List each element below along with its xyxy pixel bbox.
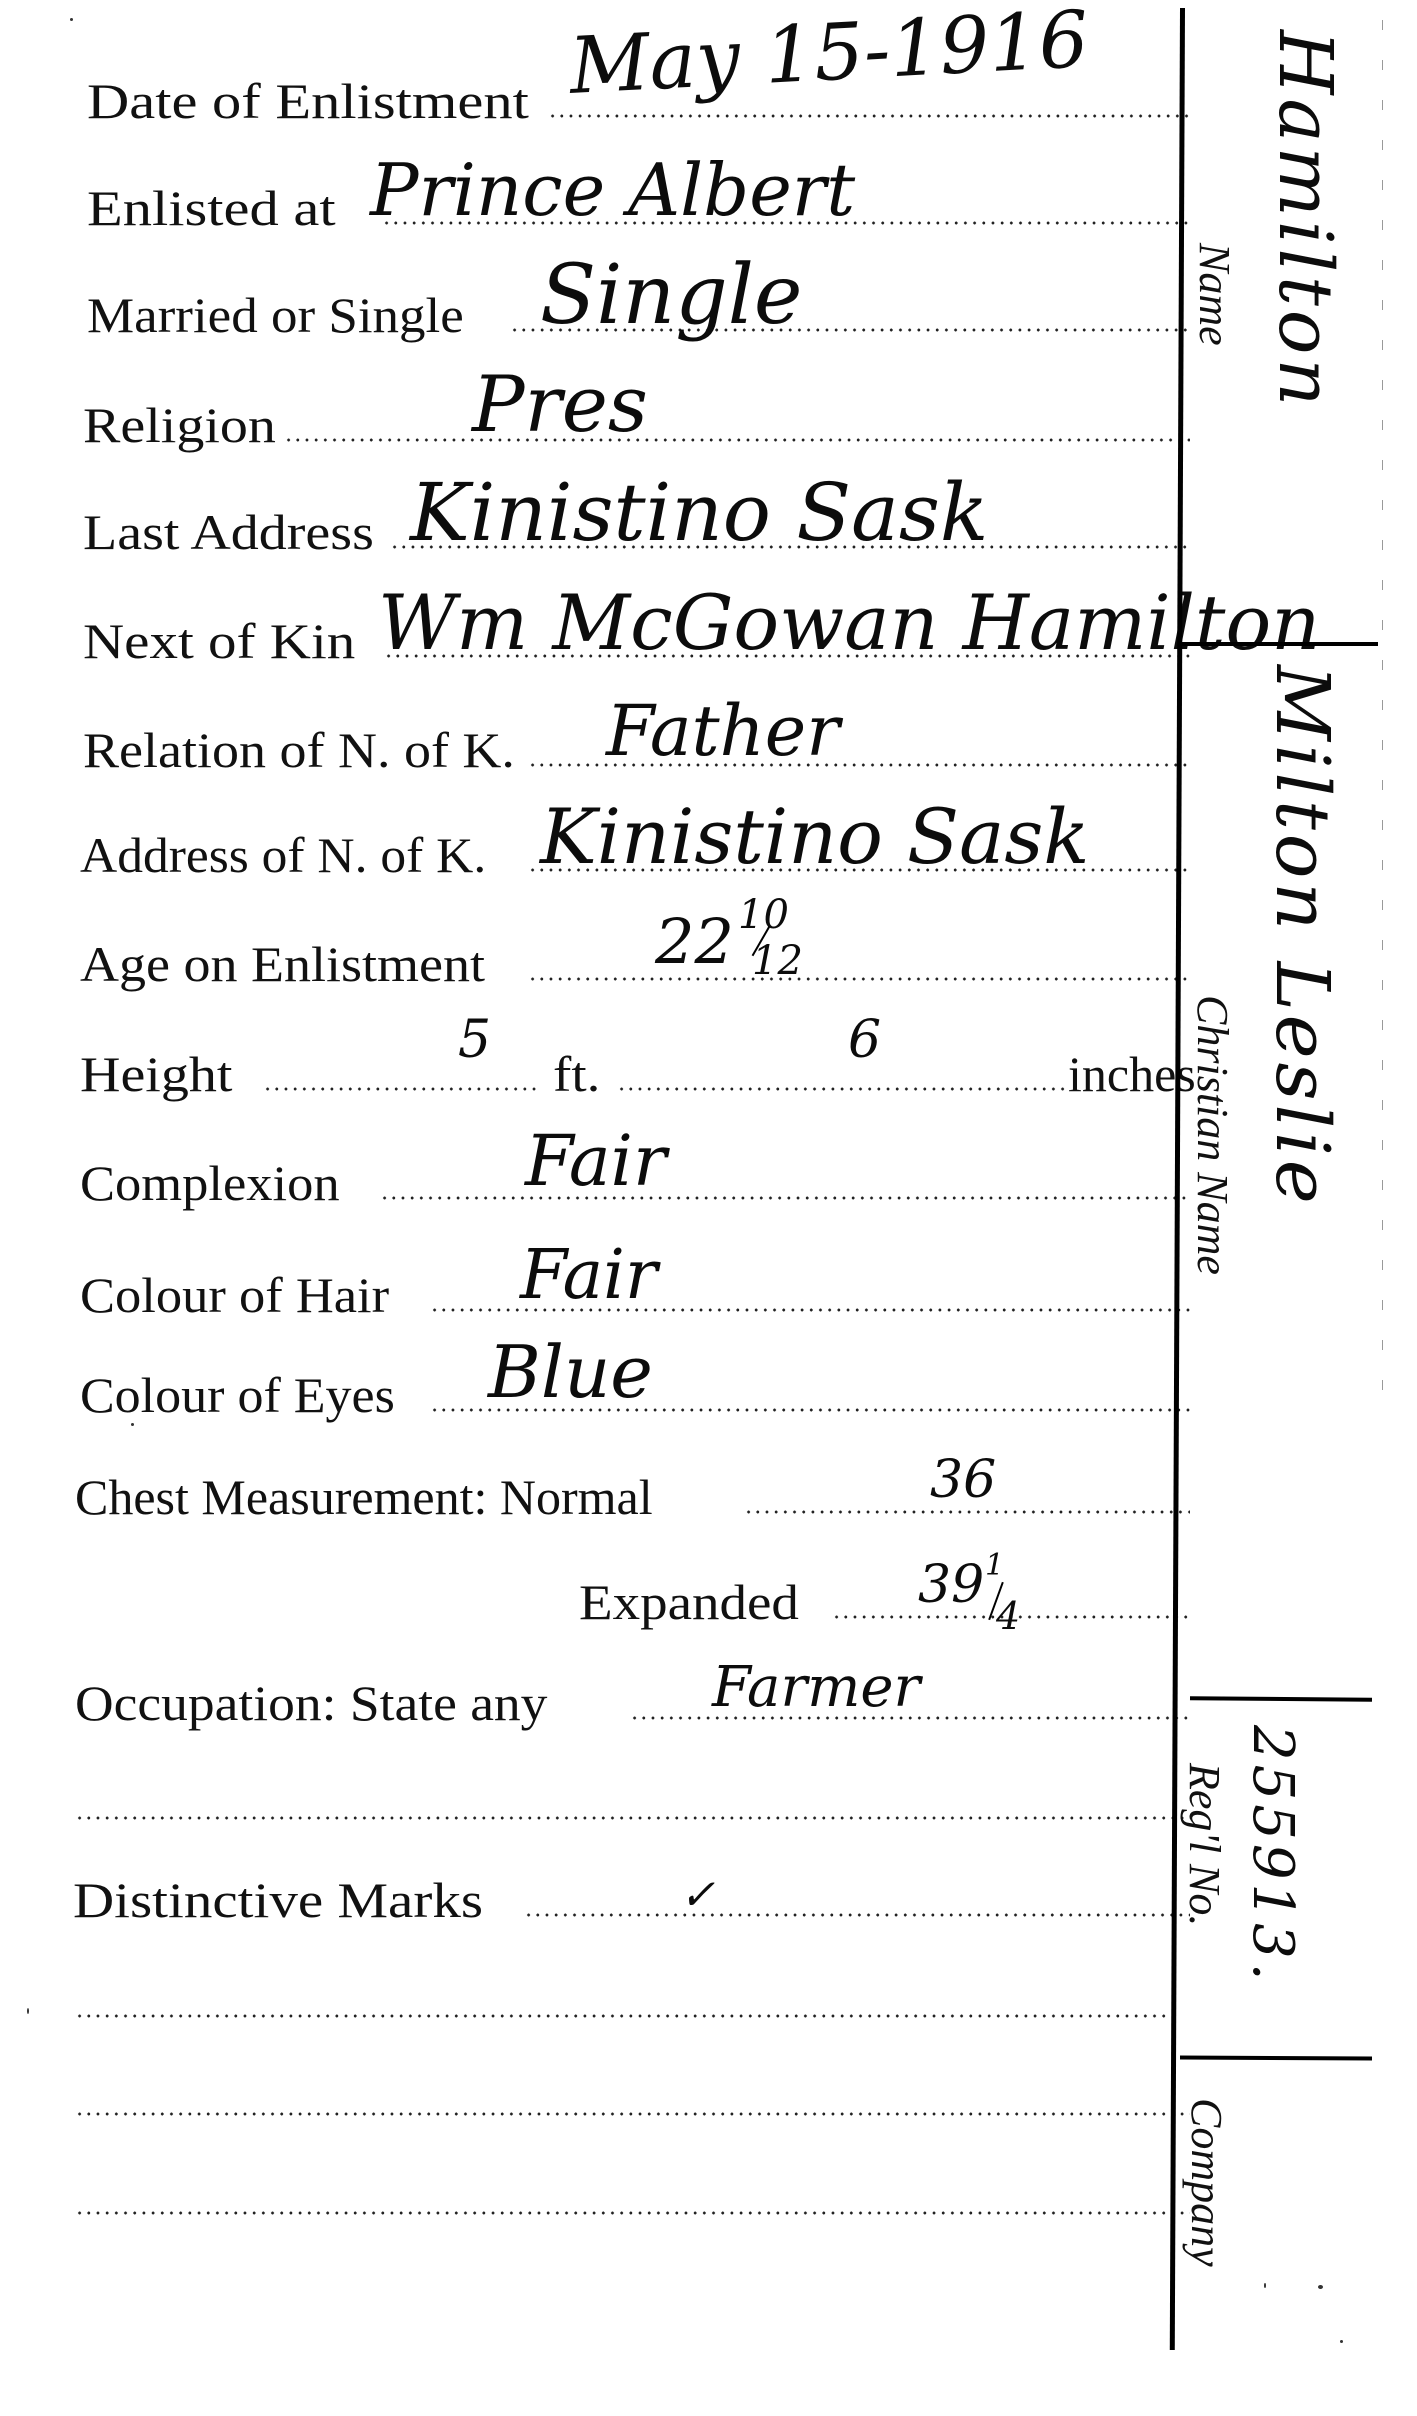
occupation-line-2 xyxy=(75,1816,1190,1820)
next-of-kin-label: Next of Kin xyxy=(83,616,355,666)
enlisted-at-value[interactable]: Prince Albert xyxy=(370,148,855,232)
occupation-value[interactable]: Farmer xyxy=(712,1655,920,1720)
scan-speck xyxy=(131,1423,134,1426)
scan-speck xyxy=(1264,2283,1266,2288)
chest-normal-label: Chest Measurement: Normal xyxy=(75,1472,653,1522)
last-address-label: Last Address xyxy=(83,507,374,557)
married-or-single-value[interactable]: Single xyxy=(540,248,802,343)
height-ft-label: ft. xyxy=(553,1049,600,1099)
expanded-fraction-numerator: 1 xyxy=(985,1548,1004,1583)
height-ft-value[interactable]: 5 xyxy=(458,1010,491,1070)
religion-line xyxy=(284,438,1190,442)
distinctive-marks-line-2 xyxy=(75,2014,1170,2018)
christian-name-value[interactable]: Milton Leslie xyxy=(1259,665,1345,1208)
distinctive-marks-value[interactable]: ✓ xyxy=(680,1870,715,1919)
age-on-enlistment-value[interactable]: 22 xyxy=(655,905,734,978)
religion-value[interactable]: Pres xyxy=(472,360,648,450)
company-label: Company xyxy=(1181,2098,1232,2267)
enlisted-at-label: Enlisted at xyxy=(87,183,336,233)
name-divider xyxy=(1182,642,1378,646)
chest-normal-line xyxy=(744,1510,1190,1514)
address-of-nok-value[interactable]: Kinistino Sask xyxy=(540,792,1089,881)
complexion-line xyxy=(380,1196,1190,1200)
name-value[interactable]: Hamilton xyxy=(1262,30,1348,410)
occupation-label: Occupation: State any xyxy=(75,1678,547,1728)
side-panel-faint-edge xyxy=(1382,20,1383,1420)
distinctive-marks-line-4 xyxy=(75,2211,1190,2215)
age-fraction-numerator: 10 xyxy=(738,892,789,938)
distinctive-marks-label: Distinctive Marks xyxy=(73,1875,483,1925)
distinctive-marks-line-3 xyxy=(75,2112,1190,2116)
date-of-enlistment-value[interactable]: May 15-1916 xyxy=(567,0,1090,112)
married-or-single-label: Married or Single xyxy=(87,290,464,340)
company-top-divider xyxy=(1180,2055,1372,2060)
christian-name-label: Christian Name xyxy=(1187,995,1238,1275)
height-ft-line xyxy=(263,1087,536,1091)
colour-of-eyes-label: Colour of Eyes xyxy=(80,1370,395,1420)
date-of-enlistment-line xyxy=(548,114,1190,118)
complexion-value[interactable]: Fair xyxy=(525,1120,666,1202)
chest-expanded-value[interactable]: 39 xyxy=(918,1555,984,1615)
age-on-enlistment-label: Age on Enlistment xyxy=(80,939,485,989)
date-of-enlistment-label: Date of Enlistment xyxy=(87,76,529,126)
age-on-enlistment-line xyxy=(528,977,1190,981)
scan-speck xyxy=(27,2008,29,2014)
scan-speck xyxy=(70,18,73,21)
religion-label: Religion xyxy=(83,400,276,450)
side-panel-border xyxy=(1170,8,1185,2350)
regl-no-value[interactable]: 255913. xyxy=(1240,1725,1305,1985)
colour-of-eyes-value[interactable]: Blue xyxy=(488,1330,653,1414)
last-address-value[interactable]: Kinistino Sask xyxy=(410,466,988,559)
relation-of-nok-label: Relation of N. of K. xyxy=(83,725,515,775)
scan-speck xyxy=(1340,2340,1343,2343)
attestation-card: Date of Enlistment May 15-1916 Enlisted … xyxy=(0,0,1417,2416)
height-label: Height xyxy=(80,1049,232,1099)
address-of-nok-label: Address of N. of K. xyxy=(80,830,486,880)
height-inches-value[interactable]: 6 xyxy=(848,1010,881,1070)
colour-of-hair-value[interactable]: Fair xyxy=(520,1236,657,1315)
height-inches-line xyxy=(617,1087,1067,1091)
expanded-fraction-denominator: 4 xyxy=(996,1594,1020,1638)
name-label: Name xyxy=(1189,243,1240,346)
chest-expanded-label: Expanded xyxy=(579,1577,799,1627)
relation-of-nok-value[interactable]: Father xyxy=(606,690,840,772)
scan-speck xyxy=(1318,2285,1323,2289)
distinctive-marks-line xyxy=(524,1913,1190,1917)
colour-of-hair-label: Colour of Hair xyxy=(80,1270,389,1320)
chest-normal-value[interactable]: 36 xyxy=(930,1450,996,1510)
regl-no-label: Reg'l No. xyxy=(1179,1763,1230,1926)
complexion-label: Complexion xyxy=(80,1158,340,1208)
regl-no-top-divider xyxy=(1190,1696,1372,1702)
